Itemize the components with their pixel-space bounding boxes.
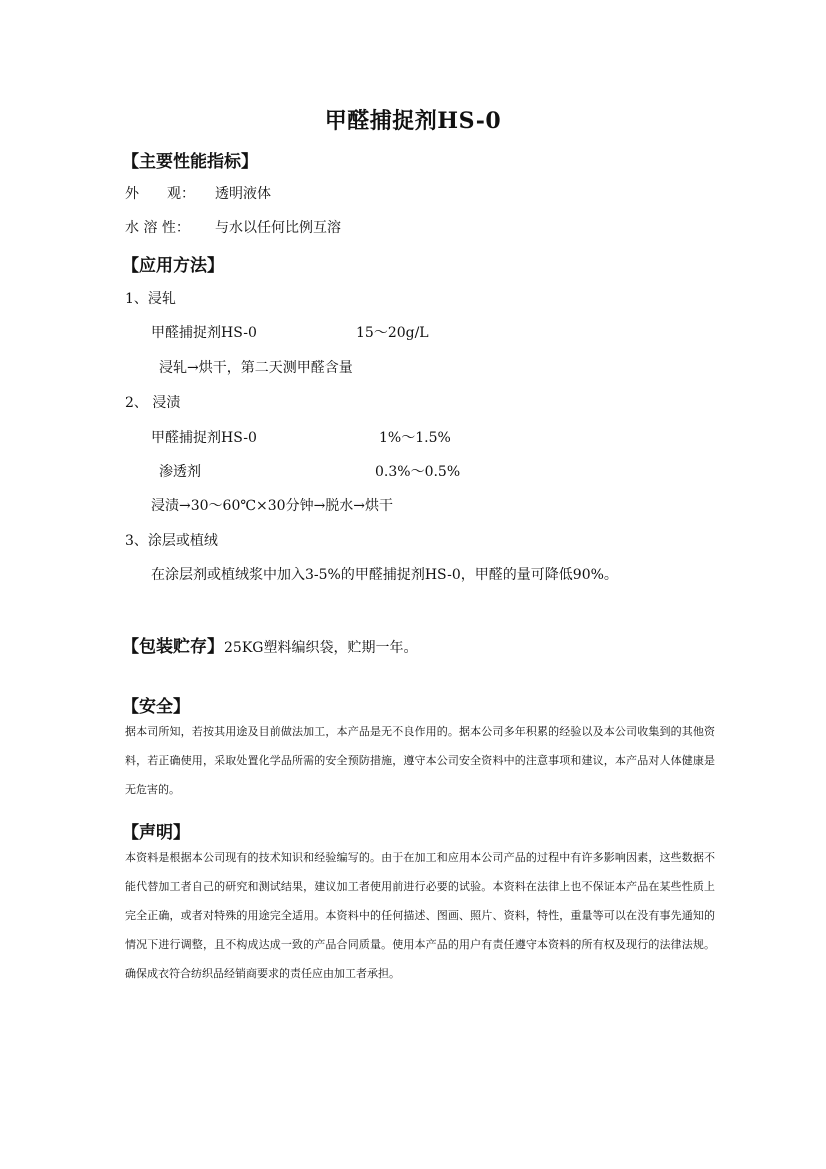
spec-label: 水 溶 性：: [125, 217, 215, 237]
packaging-line: 【包装贮存】25KG塑料编织袋，贮期一年。: [122, 632, 417, 657]
method-3-title: 3、涂层或植绒: [125, 530, 218, 550]
spec-solubility: 水 溶 性：与水以任何比例互溶: [125, 217, 341, 237]
specs-heading: 【主要性能指标】: [122, 147, 258, 172]
ingredient-name: 甲醛捕捉剂HS-0: [151, 427, 379, 447]
method-1-row: 甲醛捕捉剂HS-015～20g/L: [151, 322, 429, 342]
ingredient-amount: 1%～1.5%: [379, 430, 451, 446]
safety-heading: 【安全】: [122, 692, 190, 717]
ingredient-amount: 15～20g/L: [356, 325, 429, 341]
method-2-process: 浸渍→30～60℃×30分钟→脱水→烘干: [151, 495, 393, 515]
ingredient-name: 甲醛捕捉剂HS-0: [151, 322, 356, 342]
method-1-title: 1、浸轧: [125, 288, 176, 308]
safety-text: 据本司所知，若按其用途及目前做法加工，本产品是无不良作用的。据本公司多年积累的经…: [125, 717, 715, 804]
application-heading: 【应用方法】: [122, 251, 224, 276]
document-title: 甲醛捕捉剂HS-0: [0, 104, 826, 135]
ingredient-amount: 0.3%～0.5%: [375, 464, 460, 480]
method-2-title: 2、 浸渍: [125, 392, 180, 412]
ingredient-name: 渗透剂: [159, 461, 375, 481]
method-2-row: 渗透剂0.3%～0.5%: [159, 461, 460, 481]
packaging-text: 25KG塑料编织袋，贮期一年。: [224, 640, 417, 656]
spec-value: 与水以任何比例互溶: [215, 220, 341, 236]
method-2-row: 甲醛捕捉剂HS-01%～1.5%: [151, 427, 451, 447]
spec-value: 透明液体: [215, 186, 271, 202]
statement-heading: 【声明】: [122, 818, 190, 843]
statement-text: 本资料是根据本公司现有的技术知识和经验编写的。由于在加工和应用本公司产品的过程中…: [125, 843, 715, 988]
packaging-heading: 【包装贮存】: [122, 637, 224, 657]
spec-appearance: 外 观：透明液体: [125, 183, 271, 203]
method-1-process: 浸轧→烘干，第二天测甲醛含量: [159, 357, 353, 377]
method-3-process: 在涂层剂或植绒浆中加入3-5%的甲醛捕捉剂HS-0，甲醛的量可降低90%。: [151, 564, 618, 584]
spec-label: 外 观：: [125, 183, 215, 203]
